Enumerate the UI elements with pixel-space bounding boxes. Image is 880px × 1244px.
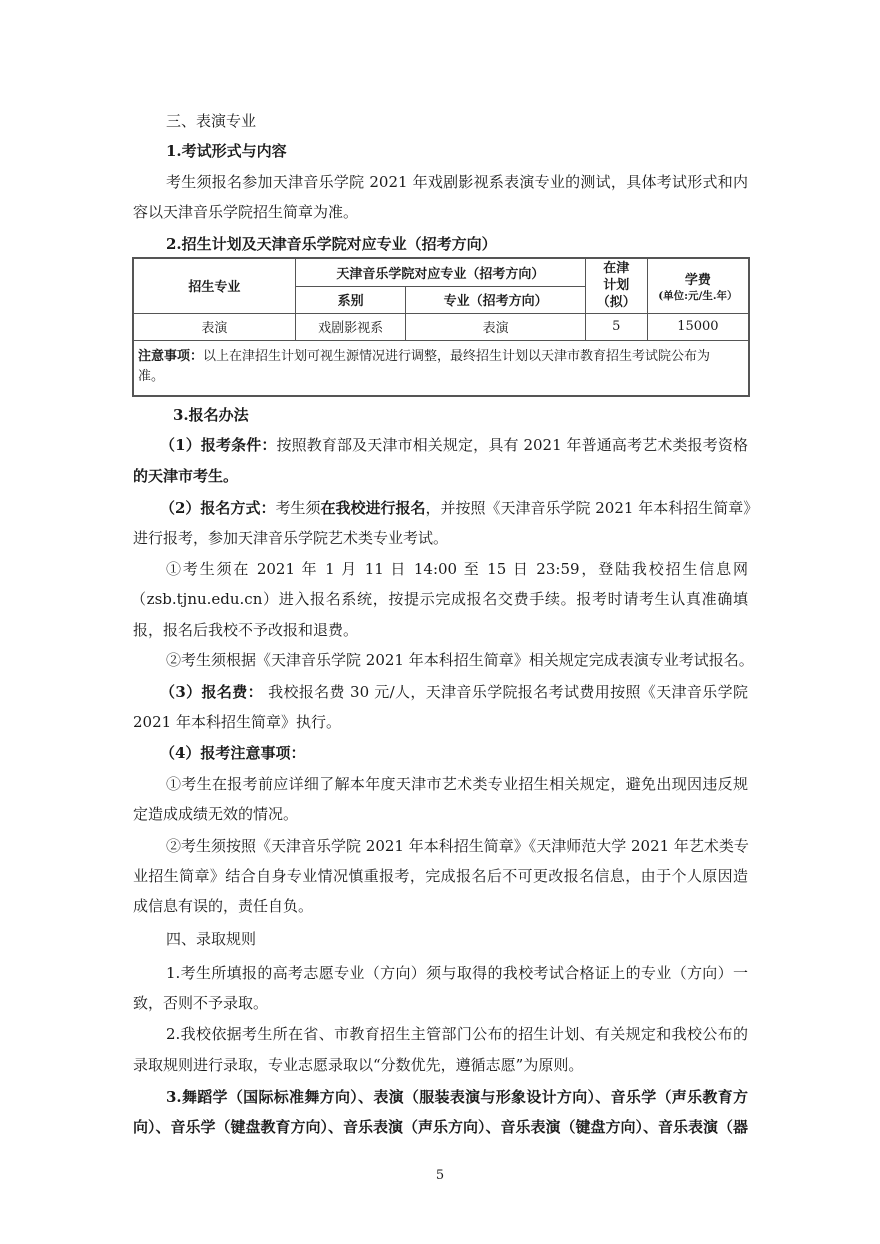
rule2-line1: 2.我校依据考生所在省、市教育招生主管部门公布的招生计划、有关规定和我校公布的 bbox=[166, 1024, 748, 1044]
reg-notes-heading: （4）报考注意事项： bbox=[160, 743, 775, 763]
reg-notes-item2-line2: 业招生简章》结合自身专业情况慎重报考，完成报名后不可更改报名信息，由于个人原因造 bbox=[133, 866, 748, 886]
header-specialty: 专业（招考方向） bbox=[406, 286, 585, 313]
section-heading-performance: 三、表演专业 bbox=[166, 111, 781, 131]
header-plan: 在津 计划 （拟） bbox=[585, 258, 647, 313]
reg-condition-line1: （1）报考条件：按照教育部及天津市相关规定，具有 2021 年普通高考艺术类报考… bbox=[160, 435, 748, 455]
note-text-line2: 准。 bbox=[138, 369, 164, 384]
document-page: 三、表演专业 1.考试形式与内容 考生须报名参加天津音乐学院 2021 年戏剧影… bbox=[0, 0, 880, 1244]
reg-condition-text: 按照教育部及天津市相关规定，具有 2021 年普通高考艺术类报考资格 bbox=[276, 436, 748, 454]
header-major: 招生专业 bbox=[133, 258, 295, 313]
reg-fee-text: 我校报名费 30 元/人，天津音乐学院报名考试费用按照《天津音乐学院 bbox=[263, 683, 748, 701]
reg-method-line1: （2）报名方式：考生须在我校进行报名，并按照《天津音乐学院 2021 年本科招生… bbox=[160, 498, 748, 518]
reg-method-text-bold: 在我校进行报名 bbox=[320, 499, 425, 517]
header-department: 系别 bbox=[295, 286, 406, 313]
table-note: 注意事项：以上在津招生计划可视生源情况进行调整，最终招生计划以天津市教育招生考试… bbox=[133, 340, 749, 396]
reg-item2: ②考生须根据《天津音乐学院 2021 年本科招生简章》相关规定完成表演专业考试报… bbox=[166, 650, 781, 670]
reg-method-text-a: 考生须 bbox=[275, 499, 320, 517]
table-row: 表演 戏剧影视系 表演 5 15000 bbox=[133, 313, 749, 340]
rule1-line1: 1.考生所填报的高考志愿专业（方向）须与取得的我校考试合格证上的专业（方向）一 bbox=[166, 963, 748, 983]
reg-item1-line1: ①考生须在 2021 年 1 月 11 日 14:00 至 15 日 23:59… bbox=[166, 559, 748, 579]
header-fee-unit: (单位:元/生.年） bbox=[648, 288, 748, 303]
reg-fee-label: （3）报名费： bbox=[160, 683, 263, 701]
header-fee-label: 学费 bbox=[648, 269, 748, 288]
header-fee: 学费 (单位:元/生.年） bbox=[647, 258, 749, 313]
reg-method-text-b: ，并按照《天津音乐学院 2021 年本科招生简章》 bbox=[425, 499, 758, 517]
reg-notes-item1-line1: ①考生在报考前应详细了解本年度天津市艺术类专业招生相关规定，避免出现因违反规 bbox=[166, 774, 748, 794]
reg-fee-line2: 2021 年本科招生简章》执行。 bbox=[133, 712, 748, 732]
note-text-line1: 以上在津招生计划可视生源情况进行调整，最终招生计划以天津市教育招生考试院公布为 bbox=[203, 349, 710, 364]
subheading-registration: 3.报名办法 bbox=[173, 405, 788, 425]
cell-specialty: 表演 bbox=[406, 313, 585, 340]
section-heading-admission: 四、录取规则 bbox=[166, 929, 781, 949]
subheading-enrollment-plan: 2.招生计划及天津音乐学院对应专业（招考方向） bbox=[166, 234, 781, 254]
rule3-line1: 3.舞蹈学（国际标准舞方向）、表演（服装表演与形象设计方向）、音乐学（声乐教育方 bbox=[166, 1087, 748, 1107]
cell-department: 戏剧影视系 bbox=[295, 313, 406, 340]
note-label: 注意事项： bbox=[138, 349, 203, 364]
rule1-line2: 致，否则不予录取。 bbox=[133, 993, 748, 1013]
paragraph-exam-line2: 容以天津音乐学院招生简章为准。 bbox=[133, 202, 748, 222]
reg-item1-line2: （zsb.tjnu.edu.cn）进入报名系统，按提示完成报名交费手续。报考时请… bbox=[131, 589, 748, 609]
rule3-line2: 向）、音乐学（键盘教育方向）、音乐表演（声乐方向）、音乐表演（键盘方向）、音乐表… bbox=[133, 1117, 748, 1137]
cell-major: 表演 bbox=[133, 313, 295, 340]
header-plan-line2: 计划 bbox=[586, 277, 647, 294]
cell-fee: 15000 bbox=[647, 313, 749, 340]
subheading-exam-format: 1.考试形式与内容 bbox=[166, 141, 781, 161]
header-tjcm-group: 天津音乐学院对应专业（招考方向） bbox=[295, 258, 585, 286]
header-plan-line1: 在津 bbox=[586, 260, 647, 277]
reg-condition-label: （1）报考条件： bbox=[160, 436, 276, 454]
page-number: 5 bbox=[0, 1168, 880, 1183]
reg-notes-item1-line2: 定造成成绩无效的情况。 bbox=[133, 804, 748, 824]
rule2-line2: 录取规则进行录取，专业志愿录取以“分数优先，遵循志愿”为原则。 bbox=[133, 1055, 748, 1075]
enrollment-plan-table: 招生专业 天津音乐学院对应专业（招考方向） 在津 计划 （拟） 学费 (单位:元… bbox=[132, 257, 750, 397]
reg-notes-item2-line3: 成信息有误的，责任自负。 bbox=[133, 896, 748, 916]
reg-method-line2: 进行报考，参加天津音乐学院艺术类专业考试。 bbox=[133, 528, 748, 548]
header-plan-line3: （拟） bbox=[586, 294, 647, 311]
cell-plan: 5 bbox=[585, 313, 647, 340]
reg-condition-line2: 的天津市考生。 bbox=[133, 466, 748, 486]
reg-item1-line3: 报，报名后我校不予改报和退费。 bbox=[133, 620, 748, 640]
paragraph-exam-line1: 考生须报名参加天津音乐学院 2021 年戏剧影视系表演专业的测试，具体考试形式和… bbox=[166, 172, 748, 192]
reg-method-label: （2）报名方式： bbox=[160, 499, 275, 517]
reg-fee-line1: （3）报名费： 我校报名费 30 元/人，天津音乐学院报名考试费用按照《天津音乐… bbox=[160, 682, 748, 702]
reg-notes-item2-line1: ②考生须按照《天津音乐学院 2021 年本科招生简章》《天津师范大学 2021 … bbox=[166, 836, 748, 856]
